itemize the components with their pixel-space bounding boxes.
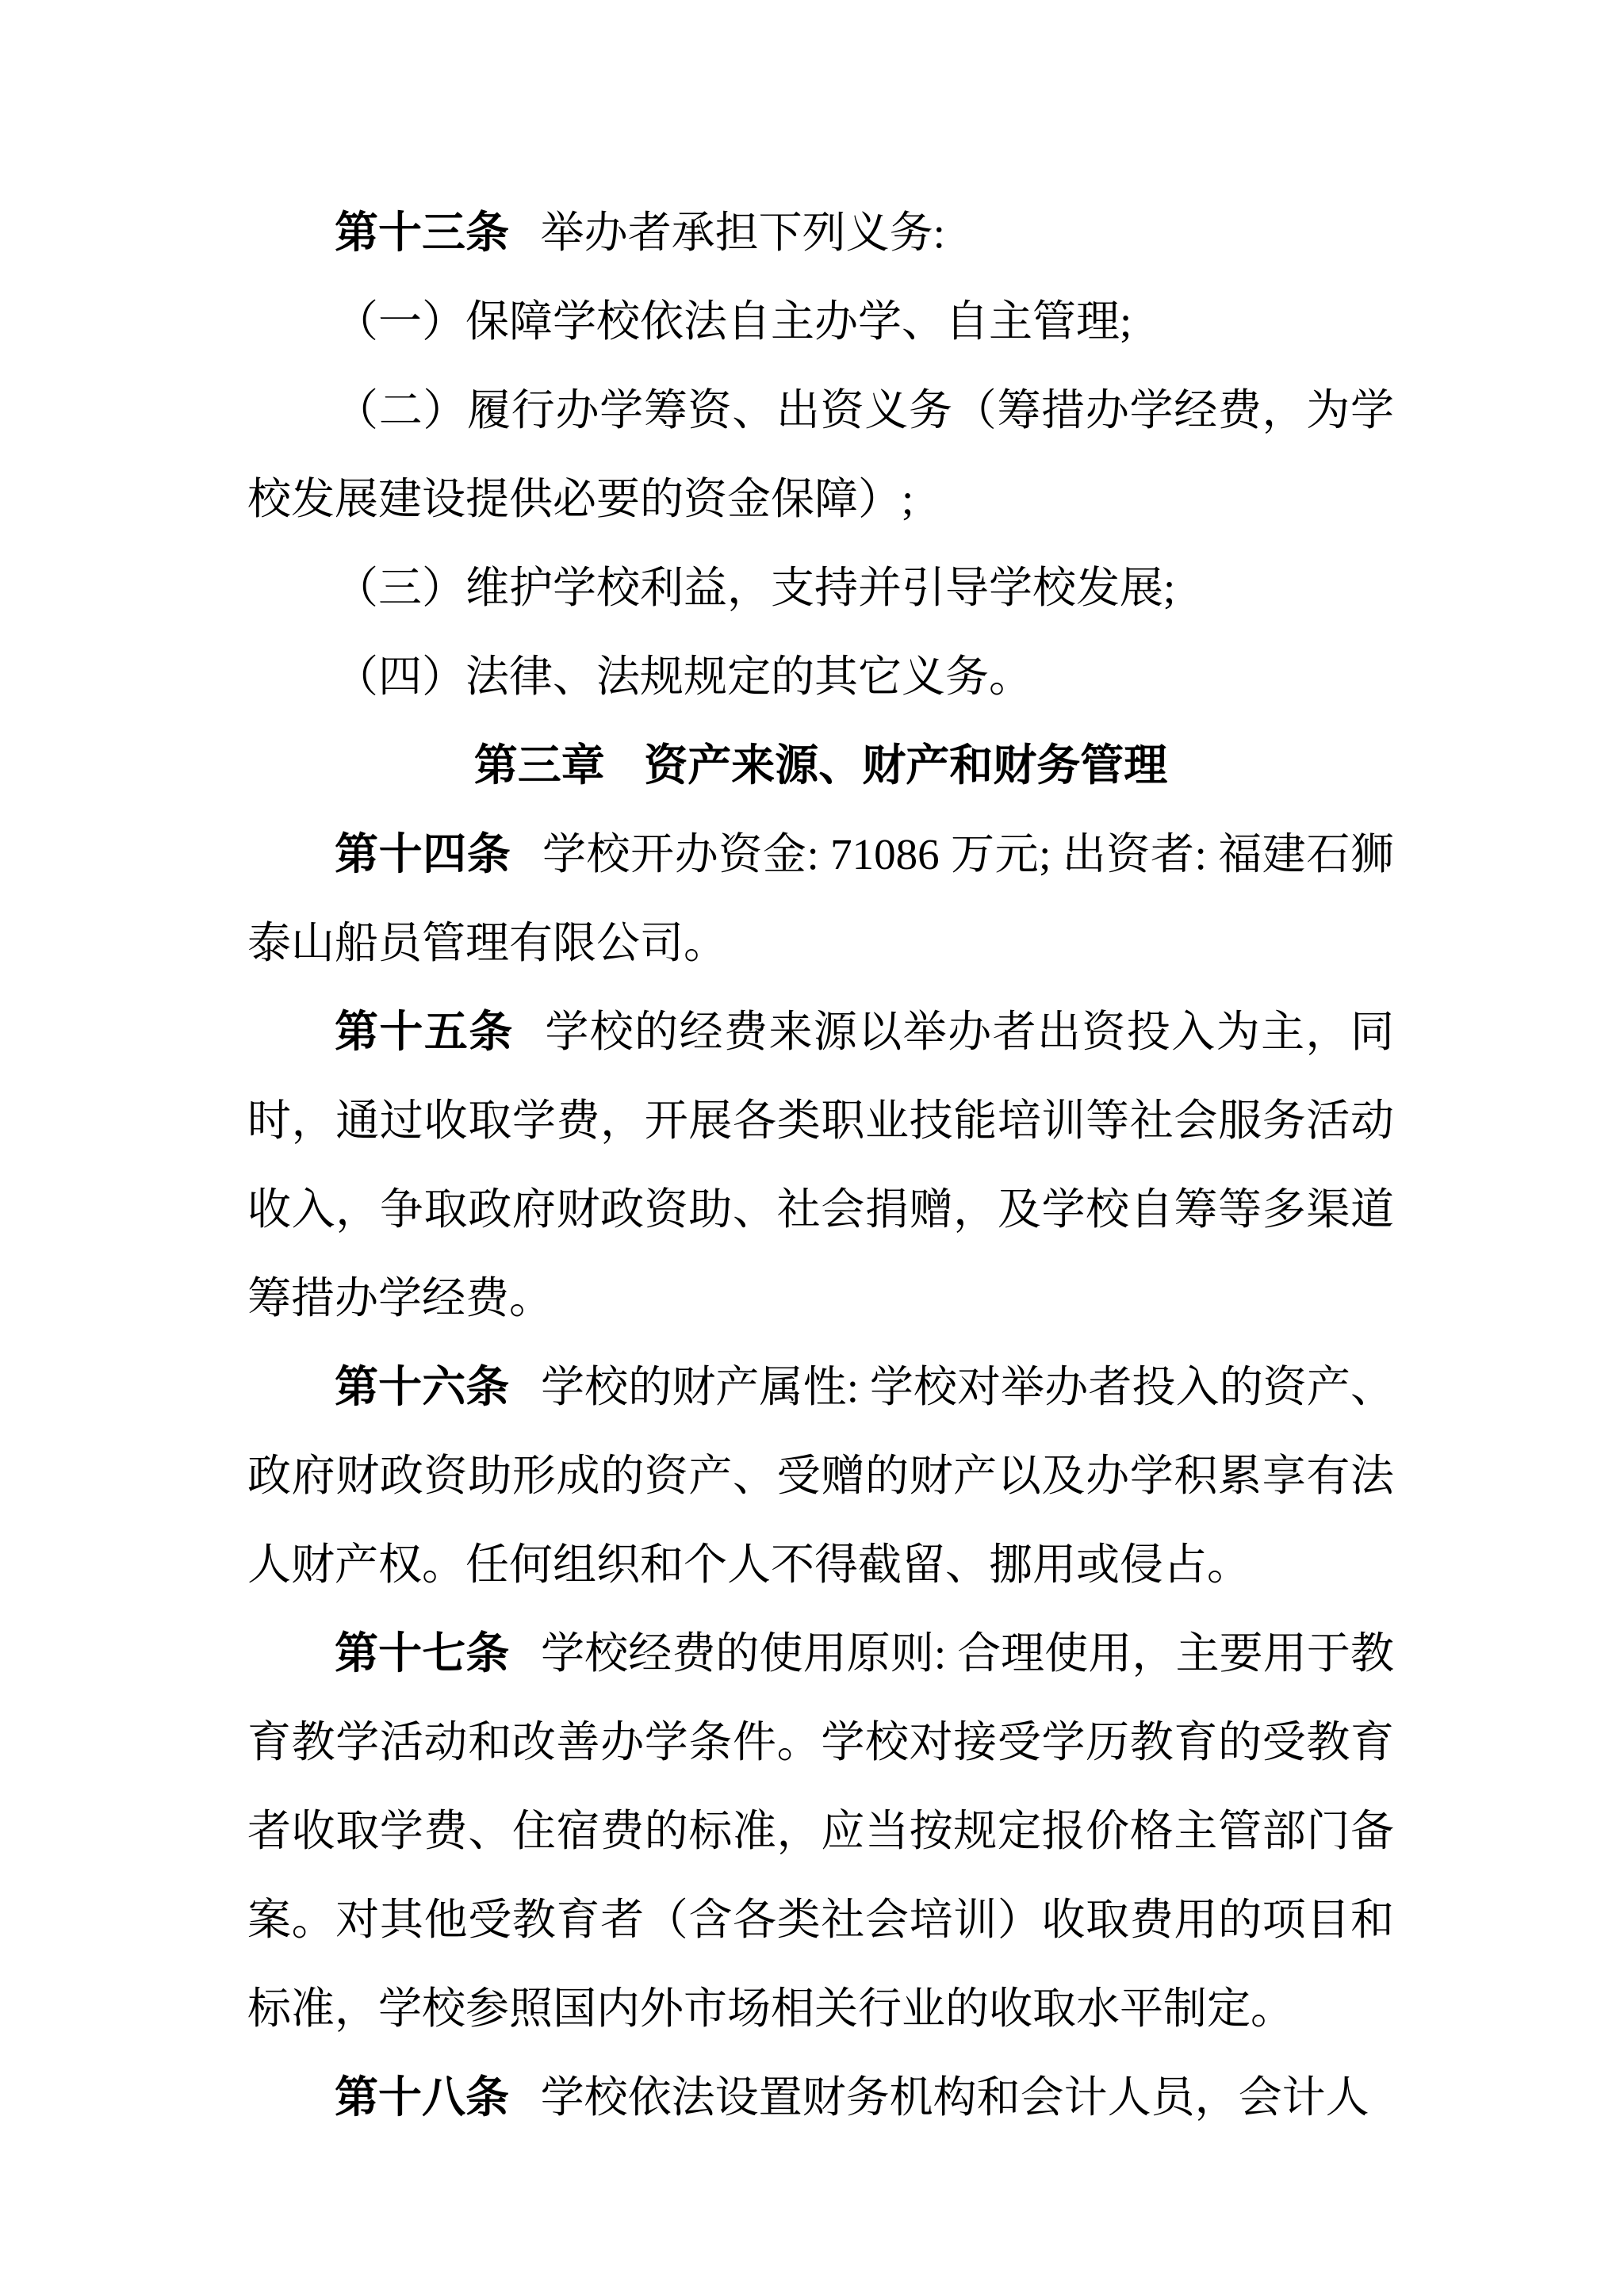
article-14-number: 第十四条 (335, 830, 511, 878)
article-13-number: 第十三条 (335, 209, 509, 257)
article-18-text: 学校依法设置财务机构和会计人员，会计人 (541, 2073, 1369, 2122)
list-item-2: （二）履行办学筹资、出资义务（筹措办学经费，为学校发展建设提供必要的资金保障）; (247, 366, 1394, 544)
list-item-3: （三）维护学校利益，支持并引导学校发展; (247, 544, 1394, 633)
document-page: 第十三条举办者承担下列义务: （一）保障学校依法自主办学、自主管理; （二）履行… (0, 0, 1624, 2296)
article-13-paragraph: 第十三条举办者承担下列义务: (247, 189, 1394, 277)
chapter-3-number: 第三章 (474, 741, 605, 790)
list-item-1: （一）保障学校依法自主办学、自主管理; (247, 277, 1394, 366)
list-item-4: （四）法律、法规规定的其它义务。 (247, 633, 1394, 721)
article-18-paragraph: 第十八条学校依法设置财务机构和会计人员，会计人 (247, 2053, 1394, 2142)
article-17-paragraph: 第十七条学校经费的使用原则: 合理使用，主要用于教育教学活动和改善办学条件。学校… (247, 1609, 1394, 2053)
list-item-3-text: （三）维护学校利益，支持并引导学校发展; (335, 564, 1175, 612)
list-item-2-text: （二）履行办学筹资、出资义务（筹措办学经费，为学校发展建设提供必要的资金保障）; (247, 386, 1394, 523)
chapter-3-heading: 第三章资产来源、财产和财务管理 (247, 721, 1394, 810)
article-17-number: 第十七条 (335, 1629, 509, 1678)
article-16-number: 第十六条 (335, 1363, 509, 1411)
list-item-4-text: （四）法律、法规规定的其它义务。 (335, 652, 1032, 701)
article-16-paragraph: 第十六条学校的财产属性: 学校对举办者投入的资产、政府财政资助形成的资产、受赠的… (247, 1343, 1394, 1609)
article-15-number: 第十五条 (335, 1008, 514, 1056)
article-17-text: 学校经费的使用原则: 合理使用，主要用于教育教学活动和改善办学条件。学校对接受学… (247, 1629, 1394, 2033)
article-14-paragraph: 第十四条学校开办资金: 71086 万元; 出资者: 福建石狮泰山船员管理有限公… (247, 810, 1394, 988)
chapter-3-title: 资产来源、财产和财务管理 (644, 741, 1167, 790)
article-15-paragraph: 第十五条学校的经费来源以举办者出资投入为主，同时，通过收取学费，开展各类职业技能… (247, 988, 1394, 1343)
list-item-1-text: （一）保障学校依法自主办学、自主管理; (335, 297, 1132, 346)
article-13-text: 举办者承担下列义务: (541, 209, 945, 257)
article-18-number: 第十八条 (335, 2073, 509, 2122)
